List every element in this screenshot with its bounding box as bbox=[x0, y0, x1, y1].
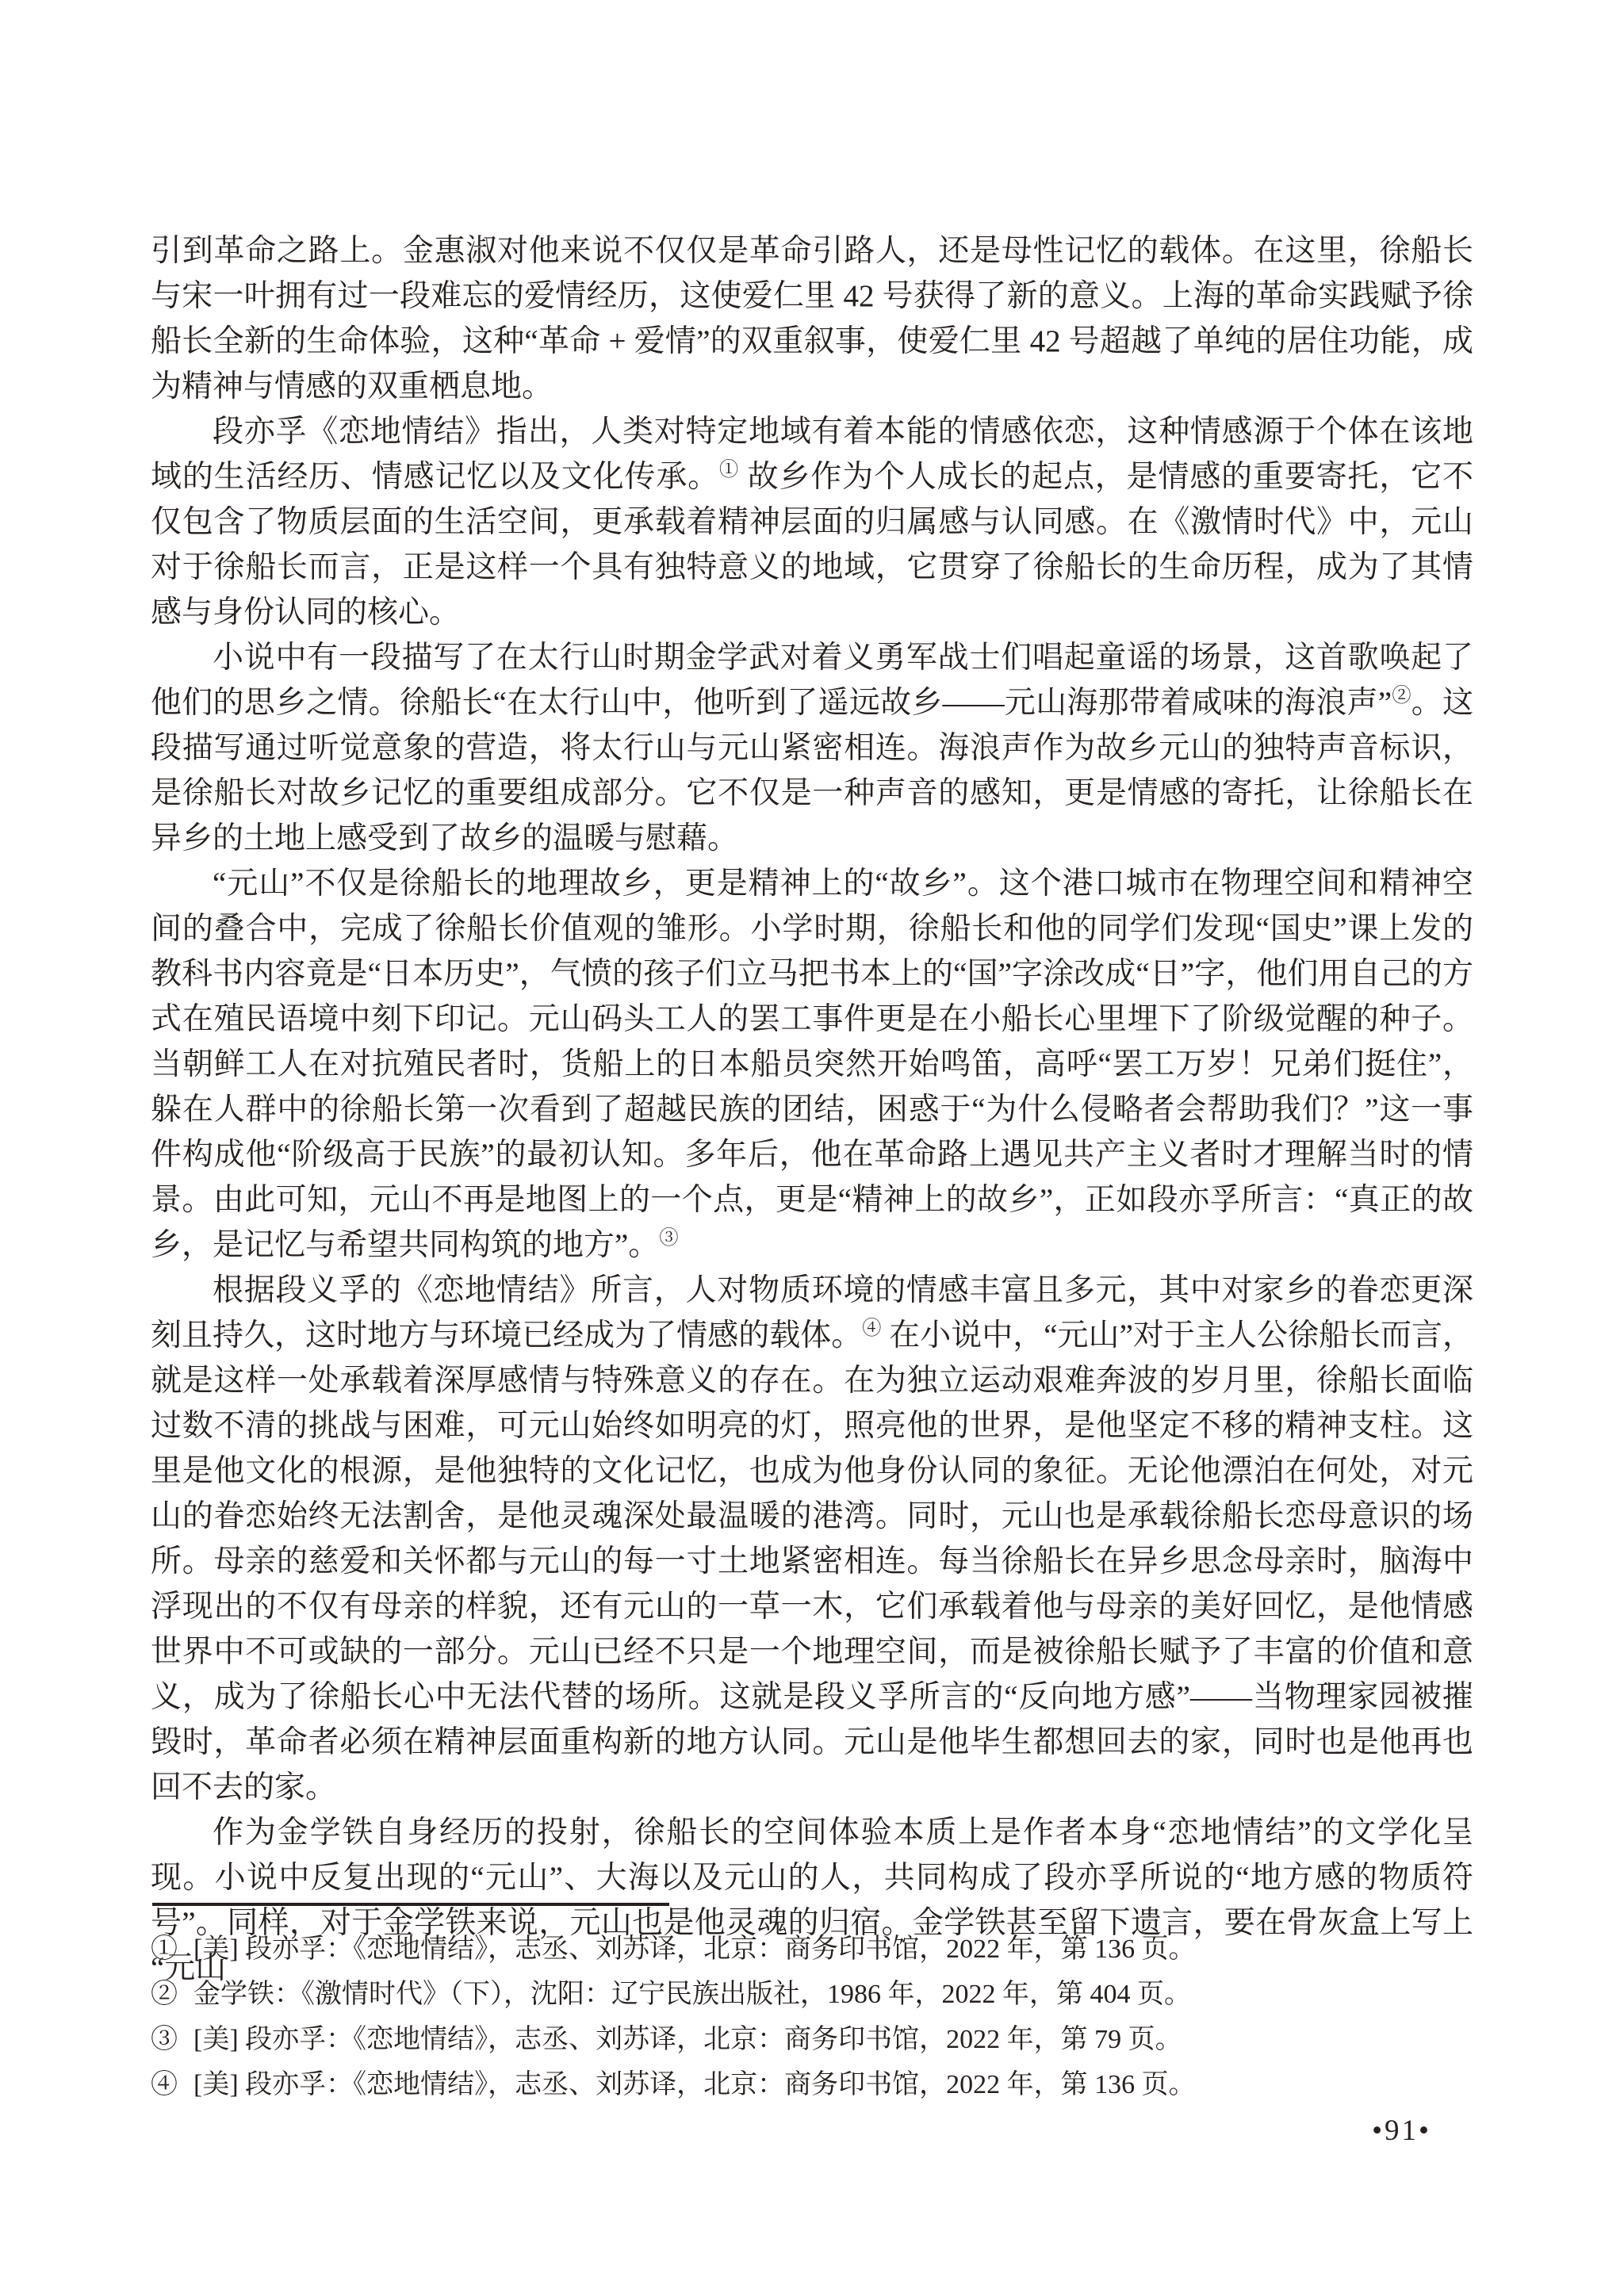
footnote-text: 金学铁：《激情时代》（下），沈阳：辽宁民族出版社，1986 年，2022 年，第… bbox=[193, 1972, 1473, 2017]
footnote-text: [美] 段亦孚：《恋地情结》，志丞、刘苏译，北京：商务印书馆，2022 年，第 … bbox=[193, 2017, 1473, 2062]
footnote-marker: ③ bbox=[151, 2017, 178, 2062]
paragraph: 根据段义孚的《恋地情结》所言，人对物质环境的情感丰富且多元，其中对家乡的眷恋更深… bbox=[151, 1268, 1473, 1810]
footnote-marker: ④ bbox=[151, 2062, 178, 2107]
paragraph: 小说中有一段描写了在太行山时期金学武对着义勇军战士们唱起童谣的场景，这首歌唤起了… bbox=[151, 635, 1473, 861]
footnote-separator-rule bbox=[152, 1903, 669, 1906]
footnote: ④ [美] 段亦孚：《恋地情结》，志丞、刘苏译，北京：商务印书馆，2022 年，… bbox=[151, 2062, 1473, 2107]
paragraph-continuation: 引到革命之路上。金惠淑对他来说不仅仅是革命引路人，还是母性记忆的载体。在这里，徐… bbox=[151, 228, 1473, 409]
footnote-text: [美] 段亦孚：《恋地情结》，志丞、刘苏译，北京：商务印书馆，2022 年，第 … bbox=[193, 2062, 1473, 2107]
footnote-marker: ① bbox=[151, 1927, 178, 1972]
footnotes-section: ① [美] 段亦孚：《恋地情结》，志丞、刘苏译，北京：商务印书馆，2022 年，… bbox=[151, 1927, 1473, 2107]
article-body: 引到革命之路上。金惠淑对他来说不仅仅是革命引路人，还是母性记忆的载体。在这里，徐… bbox=[151, 228, 1473, 1991]
document-page: 引到革命之路上。金惠淑对他来说不仅仅是革命引路人，还是母性记忆的载体。在这里，徐… bbox=[0, 0, 1624, 2296]
footnote: ③ [美] 段亦孚：《恋地情结》，志丞、刘苏译，北京：商务印书馆，2022 年，… bbox=[151, 2017, 1473, 2062]
paragraph: “元山”不仅是徐船长的地理故乡，更是精神上的“故乡”。这个港口城市在物理空间和精… bbox=[151, 861, 1473, 1268]
paragraph: 段亦孚《恋地情结》指出，人类对特定地域有着本能的情感依恋，这种情感源于个体在该地… bbox=[151, 409, 1473, 635]
footnote: ① [美] 段亦孚：《恋地情结》，志丞、刘苏译，北京：商务印书馆，2022 年，… bbox=[151, 1927, 1473, 1972]
footnote-marker: ② bbox=[151, 1972, 178, 2017]
footnote-text: [美] 段亦孚：《恋地情结》，志丞、刘苏译，北京：商务印书馆，2022 年，第 … bbox=[193, 1927, 1473, 1972]
page-number: •91• bbox=[1372, 2114, 1431, 2148]
footnote: ② 金学铁：《激情时代》（下），沈阳：辽宁民族出版社，1986 年，2022 年… bbox=[151, 1972, 1473, 2017]
